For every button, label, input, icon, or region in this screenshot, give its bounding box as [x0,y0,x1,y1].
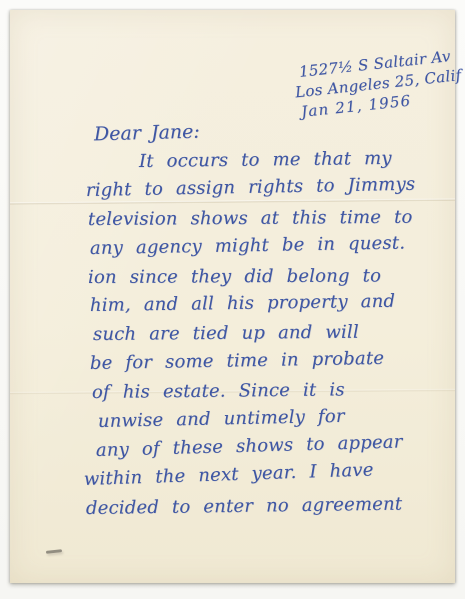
handwritten-line: decided to enter no agreement [86,493,416,526]
letter-heading: 1527½ S Saltair Av Los Angeles 25, Calif… [298,45,464,122]
handwritten-line: him, and all his property and [90,291,416,324]
scanned-letter-page: 1527½ S Saltair Av Los Angeles 25, Calif… [0,0,465,599]
letter-body: It occurs to me that my right to assign … [84,151,415,527]
handwritten-line: any agency might be in quest. [90,232,416,267]
salutation: Dear Jane: [94,121,200,146]
handwritten-line: be for some time in probate [90,348,416,383]
pencil-smudge-mark [46,549,62,554]
stationery-sheet: 1527½ S Saltair Av Los Angeles 25, Calif… [10,10,455,583]
handwritten-line: right to assign rights to Jimmys [86,174,416,209]
